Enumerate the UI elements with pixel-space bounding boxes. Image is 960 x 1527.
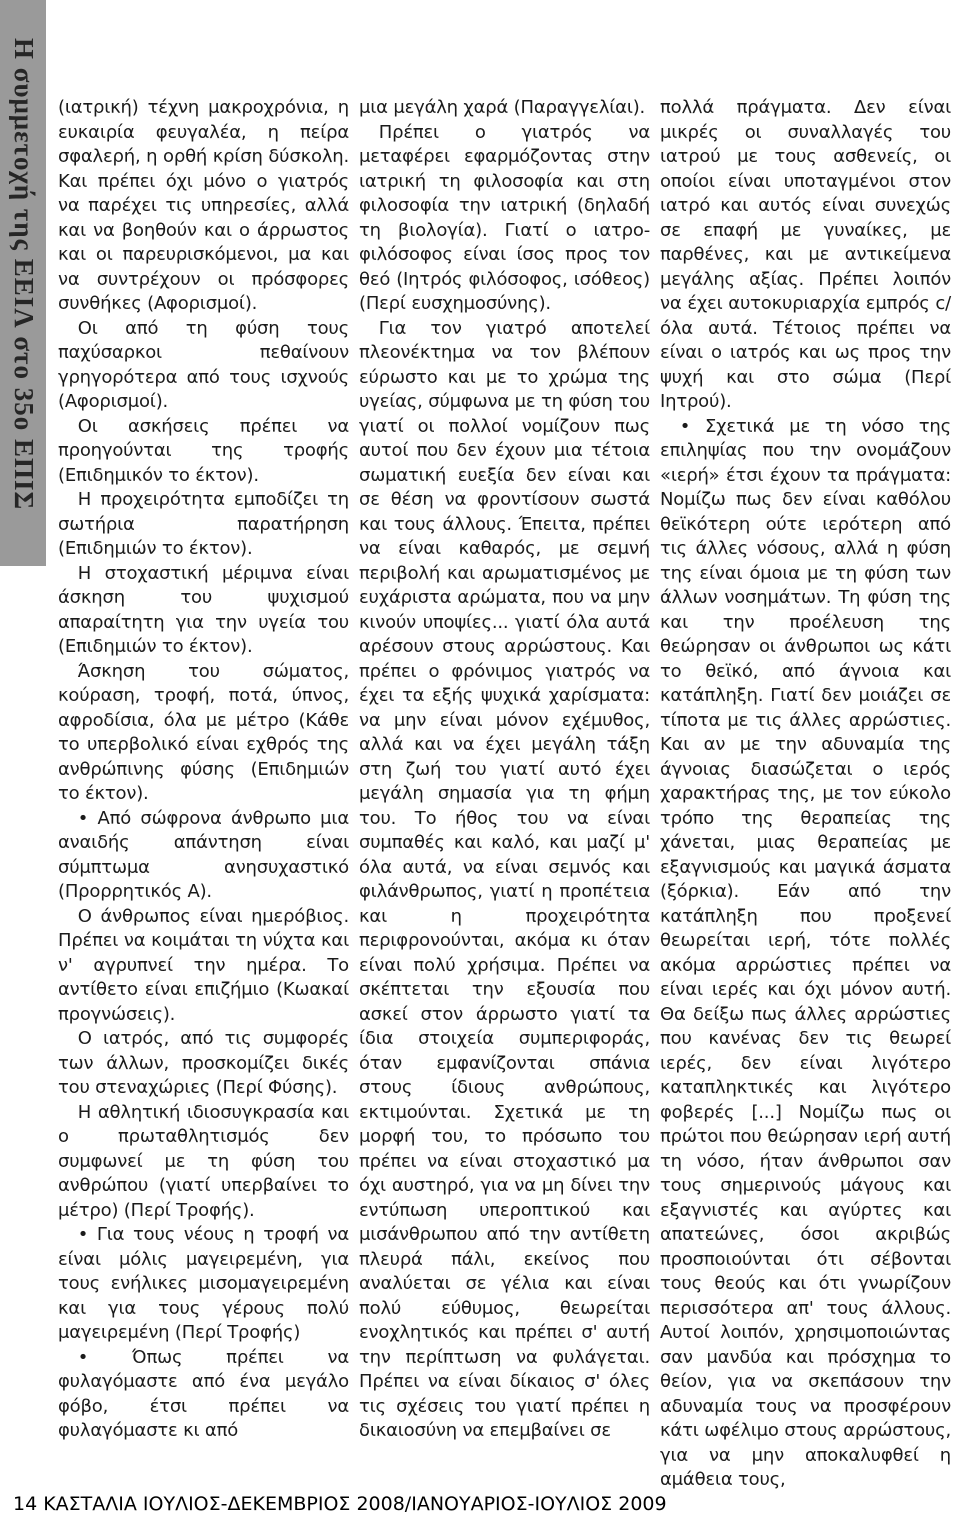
paragraph: πολλά πράγματα. Δεν είναι μικρές οι συνα… bbox=[660, 96, 951, 415]
paragraph: μια μεγάλη χαρά (Παραγγελίαι). bbox=[359, 96, 650, 121]
paragraph: (ιατρική) τέχνη μακροχρόνια, η ευκαιρία … bbox=[58, 96, 349, 317]
sidebar-banner: Η συμμετοχή της ΕΕΙΛ στο 35ο ΕΠΙΣ bbox=[0, 0, 46, 566]
paragraph: Η αθλητική ιδιοσυγκρασία και ο πρωταθλητ… bbox=[58, 1101, 349, 1224]
paragraph: Οι από τη φύση τους παχύσαρκοι πεθαίνουν… bbox=[58, 317, 349, 415]
text-column: πολλά πράγματα. Δεν είναι μικρές οι συνα… bbox=[660, 96, 951, 1493]
sidebar-title: Η συμμετοχή της ΕΕΙΛ στο 35ο ΕΠΙΣ bbox=[8, 0, 39, 510]
text-column: (ιατρική) τέχνη μακροχρόνια, η ευκαιρία … bbox=[58, 96, 349, 1493]
article-body: (ιατρική) τέχνη μακροχρόνια, η ευκαιρία … bbox=[58, 96, 952, 1493]
paragraph: Άσκηση του σώματος, κούραση, τροφή, ποτά… bbox=[58, 660, 349, 807]
text-column: μια μεγάλη χαρά (Παραγγελίαι).Πρέπει ο γ… bbox=[359, 96, 650, 1493]
paragraph: Πρέπει ο γιατρός να μεταφέρει εφαρμόζοντ… bbox=[359, 121, 650, 317]
paragraph: • Όπως πρέπει να φυλαγόμαστε από ένα μεγ… bbox=[58, 1346, 349, 1444]
paragraph: • Σχετικά με τη νόσο της επιληψίας που τ… bbox=[660, 415, 951, 1493]
page-footer: 14 ΚΑΣΤΑΛΙΑ ΙΟΥΛΙΟΣ-ΔΕΚΕΜΒΡΙΟΣ 2008/ΙΑΝΟ… bbox=[13, 1493, 667, 1515]
paragraph: Για τον γιατρό αποτελεί πλεονέκτημα να τ… bbox=[359, 317, 650, 1444]
paragraph: Ο ιατρός, από τις συμφορές των άλλων, πρ… bbox=[58, 1027, 349, 1101]
paragraph: • Για τους νέους η τροφή να είναι μόλις … bbox=[58, 1223, 349, 1346]
paragraph: Ο άνθρωπος είναι ημερόβιος. Πρέπει να κο… bbox=[58, 905, 349, 1028]
paragraph: Η στοχαστική μέριμνα είναι άσκηση του ψυ… bbox=[58, 562, 349, 660]
paragraph: • Από σώφρονα άνθρωπο μια αναιδής απάντη… bbox=[58, 807, 349, 905]
paragraph: Οι ασκήσεις πρέπει να προηγούνται της τρ… bbox=[58, 415, 349, 489]
paragraph: Η προχειρότητα εμποδίζει τη σωτήρια παρα… bbox=[58, 488, 349, 562]
